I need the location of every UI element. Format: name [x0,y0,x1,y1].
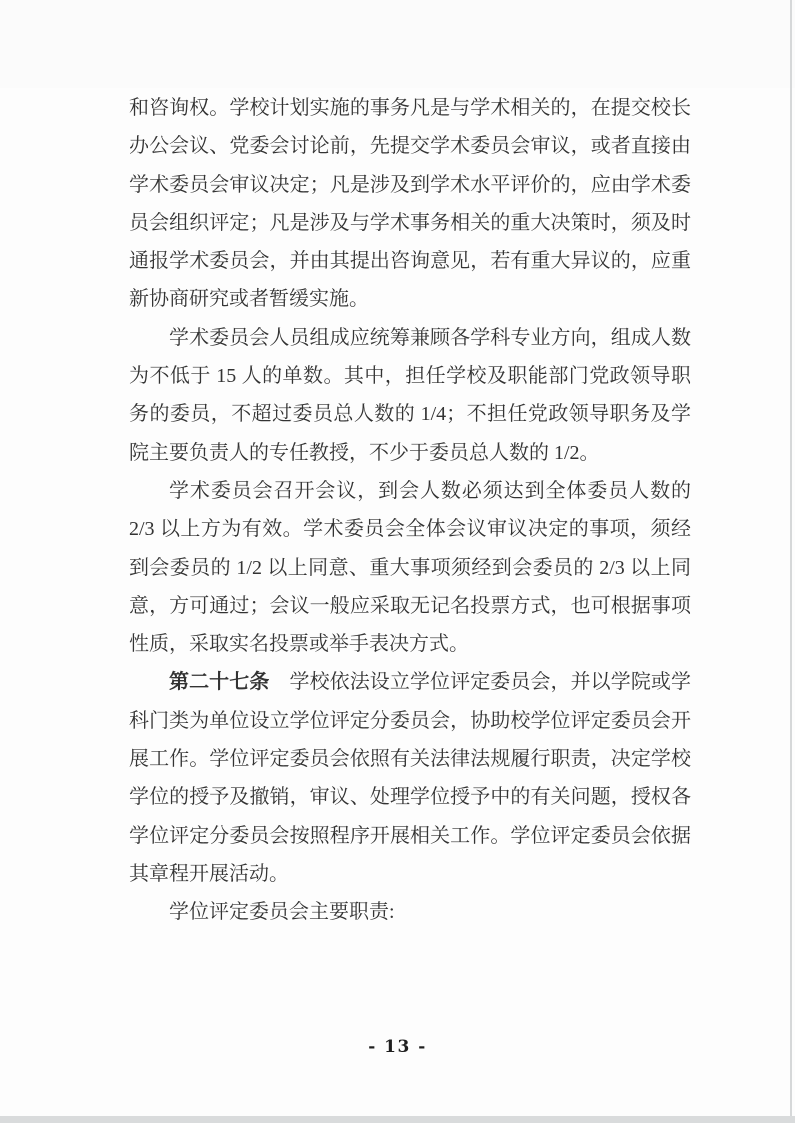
article-number: 第二十七条 [169,671,269,693]
paragraph: 学位评定委员会主要职责: [129,893,691,931]
page-number: - 13 - [0,1037,795,1057]
paragraph-text: 和咨询权。学校计划实施的事务凡是与学术相关的，在提交校长办公会议、党委会讨论前，… [129,97,691,310]
paragraph-text: 学术委员会召开会议，到会人数必须达到全体委员人数的 2/3 以上方为有效。学术委… [129,480,691,655]
paragraph: 和咨询权。学校计划实施的事务凡是与学术相关的，在提交校长办公会议、党委会讨论前，… [129,89,691,319]
document-body: 和咨询权。学校计划实施的事务凡是与学术相关的，在提交校长办公会议、党委会讨论前，… [129,89,691,932]
paragraph: 第二十七条 学校依法设立学位评定委员会，并以学院或学科门类为单位设立学位评定分委… [129,663,691,893]
scan-bottom-edge-strip [0,1116,795,1123]
scan-right-edge-line [790,0,792,1123]
paragraph-text: 学校依法设立学位评定委员会，并以学院或学科门类为单位设立学位评定分委员会，协助校… [129,671,691,884]
paragraph-text: 学术委员会人员组成应统筹兼顾各学科专业方向，组成人数为不低于 15 人的单数。其… [129,327,691,464]
paragraph: 学术委员会人员组成应统筹兼顾各学科专业方向，组成人数为不低于 15 人的单数。其… [129,319,691,472]
paragraph: 学术委员会召开会议，到会人数必须达到全体委员人数的 2/3 以上方为有效。学术委… [129,472,691,663]
paragraph-text: 学位评定委员会主要职责: [169,901,395,923]
document-page: 和咨询权。学校计划实施的事务凡是与学术相关的，在提交校长办公会议、党委会讨论前，… [0,0,795,1123]
